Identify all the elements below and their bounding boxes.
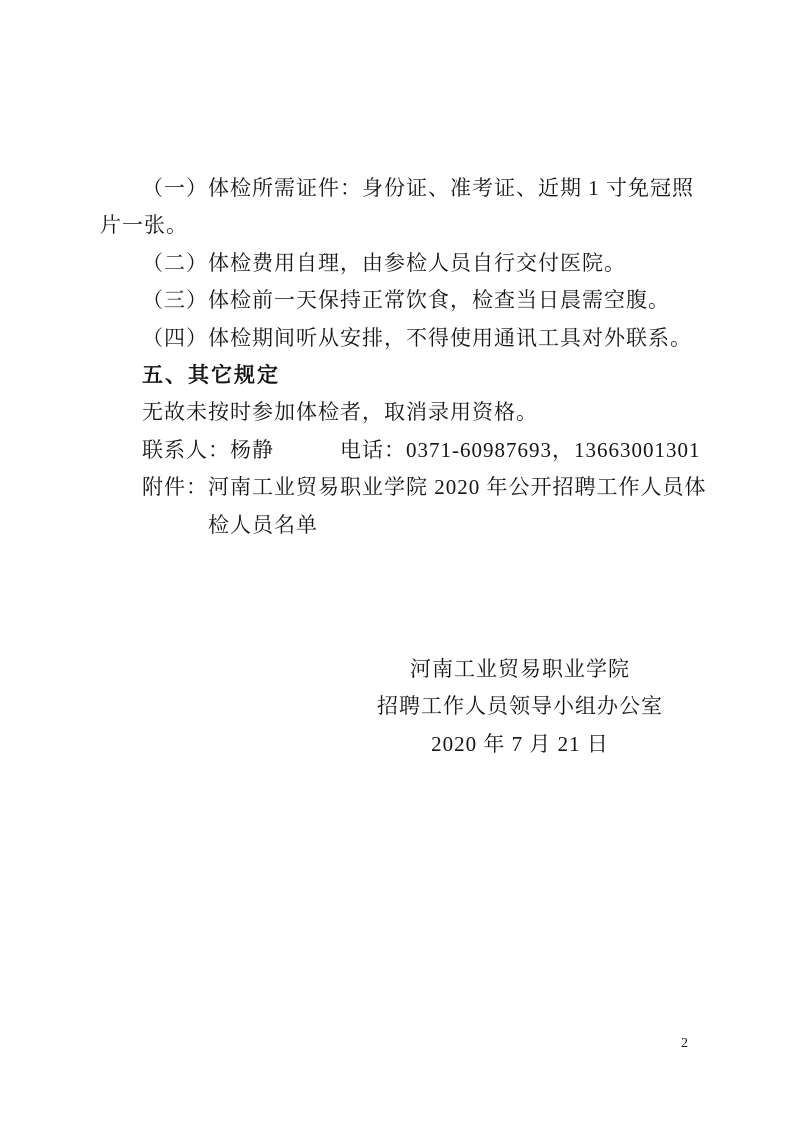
signature-org: 河南工业贸易职业学院 xyxy=(300,651,740,688)
signature-block: 河南工业贸易职业学院 招聘工作人员领导小组办公室 2020 年 7 月 21 日 xyxy=(300,651,740,763)
body-line-attachment-wrap: 检人员名单 xyxy=(100,507,693,544)
body-line-disqualify: 无故未按时参加体检者，取消录用资格。 xyxy=(100,394,693,431)
body-line-item-3: （三）体检前一天保持正常饮食，检查当日晨需空腹。 xyxy=(100,282,693,319)
body-line-contact: 联系人：杨静 电话：0371-60987693，13663001301 xyxy=(100,432,693,469)
body-line-item-4: （四）体检期间听从安排，不得使用通讯工具对外联系。 xyxy=(100,320,693,357)
signature-office: 招聘工作人员领导小组办公室 xyxy=(300,688,740,725)
body-line-item-2: （二）体检费用自理，由参检人员自行交付医院。 xyxy=(100,245,693,282)
section-heading: 五、其它规定 xyxy=(100,357,693,394)
body-line-item-1: （一）体检所需证件：身份证、准考证、近期 1 寸免冠照 xyxy=(100,170,693,207)
signature-date: 2020 年 7 月 21 日 xyxy=(300,726,740,763)
document-body: （一）体检所需证件：身份证、准考证、近期 1 寸免冠照 片一张。 （二）体检费用… xyxy=(100,170,693,544)
body-line-item-1-wrap: 片一张。 xyxy=(100,207,693,244)
page-number: 2 xyxy=(681,1036,688,1052)
body-line-attachment: 附件：河南工业贸易职业学院 2020 年公开招聘工作人员体 xyxy=(100,469,693,506)
document-page: （一）体检所需证件：身份证、准考证、近期 1 寸免冠照 片一张。 （二）体检费用… xyxy=(0,0,793,1122)
